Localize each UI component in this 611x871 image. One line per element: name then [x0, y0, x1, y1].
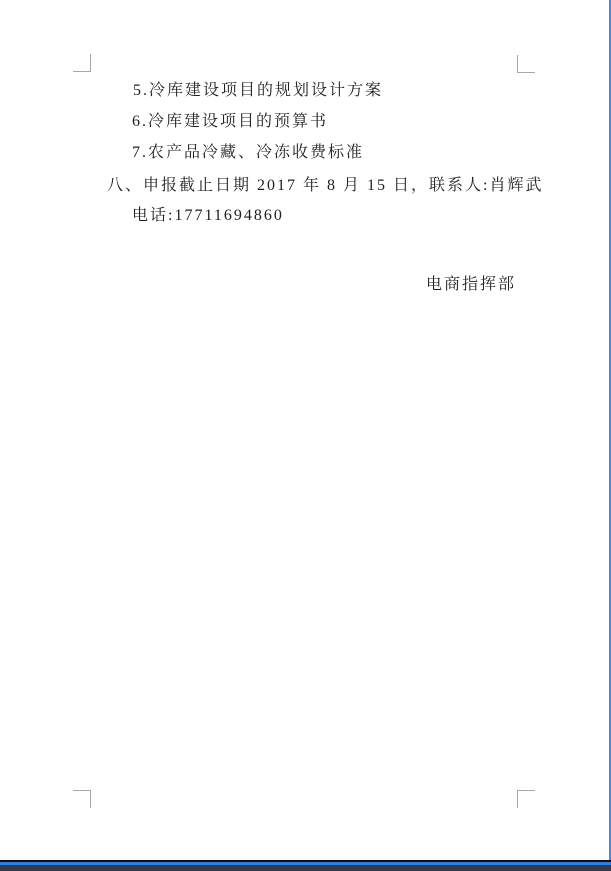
crop-mark-top-left [73, 54, 91, 72]
bottom-edge-base-strip [0, 865, 611, 871]
doc-line-item-5: 5.冷库建设项目的规划设计方案 [133, 82, 383, 100]
document-page[interactable]: 5.冷库建设项目的规划设计方案 6.冷库建设项目的预算书 7.农产品冷藏、冷冻收… [0, 0, 609, 860]
window-bottom-edge [0, 860, 611, 871]
crop-mark-bottom-left [73, 790, 91, 808]
doc-line-item-7: 7.农产品冷藏、冷冻收费标准 [132, 144, 364, 162]
crop-mark-top-right [517, 55, 535, 73]
crop-mark-bottom-right [517, 790, 535, 808]
doc-line-section-8-deadline-contact: 八、申报截止日期 2017 年 8 月 15 日，联系人:肖辉武 [107, 177, 543, 195]
doc-line-item-6: 6.冷库建设项目的预算书 [132, 113, 328, 131]
doc-line-phone: 电话:17711694860 [132, 207, 284, 225]
doc-signature: 电商指挥部 [426, 276, 516, 294]
application-window: 5.冷库建设项目的规划设计方案 6.冷库建设项目的预算书 7.农产品冷藏、冷冻收… [0, 0, 611, 871]
